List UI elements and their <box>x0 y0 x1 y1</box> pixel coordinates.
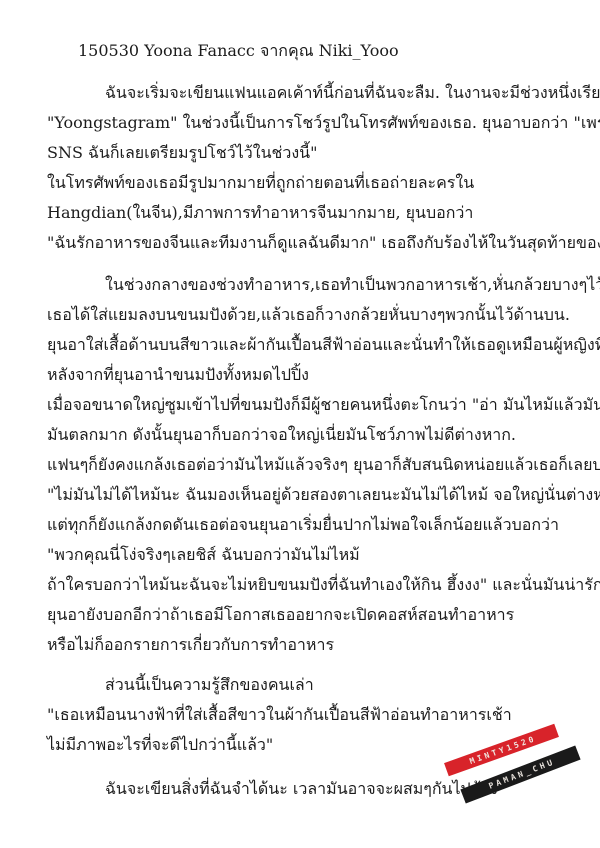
text-line: SNS ฉันก็เลยเตรียมรูปโชว์ไว้ในช่วงนี้" <box>47 138 572 168</box>
text-line: เธอได้ใส่แยมลงบนขนมปังด้วย,แล้วเธอก็วางก… <box>47 300 572 330</box>
text-line: หลังจากที่ยุนอานำขนมปังทั้งหมดไปปิ้ง <box>47 360 572 390</box>
text-line: "ฉันรักอาหารของจีนและทีมงานก็ดูแลฉันดีมา… <box>47 228 572 258</box>
text-line: ในโทรศัพท์ของเธอมีรูปมากมายที่ถูกถ่ายตอน… <box>47 168 572 198</box>
paragraph-1: ฉันจะเริ่มจะเขียนแฟนแอคเค้าท์นี้ก่อนที่ฉ… <box>47 78 572 258</box>
text-line: ฉันจะเขียนสิ่งที่ฉันจำได้นะ เวลามันอาจจะ… <box>47 774 572 804</box>
text-line: แฟนๆก็ยังคงแกล้งเธอต่อว่ามันไหม้แล้วจริง… <box>47 450 572 480</box>
text-line: "พวกคุณนี่โง่จริงๆเลยชิส์ ฉันบอกว่ามันไม… <box>47 540 572 570</box>
text-line: เมื่อจอขนาดใหญ่ซูมเข้าไปที่ขนมปังก็มีผู้… <box>47 390 572 420</box>
text-line: ไม่มีภาพอะไรที่จะดีไปกว่านี้แล้ว" <box>47 730 572 760</box>
text-line: ส่วนนี้เป็นความรู้สึกของคนเล่า <box>47 670 572 700</box>
text-line: ในช่วงกลางของช่วงทำอาหาร,เธอทำเป็นพวกอาห… <box>47 270 572 300</box>
text-line: ฉันจะเริ่มจะเขียนแฟนแอคเค้าท์นี้ก่อนที่ฉ… <box>47 78 572 108</box>
paragraph-2: ในช่วงกลางของช่วงทำอาหาร,เธอทำเป็นพวกอาห… <box>47 270 572 660</box>
text-line: "ไม่มันไม่ได้ไหม้นะ ฉันมองเห็นอยู่ด้วยสอ… <box>47 480 572 510</box>
text-line: "เธอเหมือนนางฟ้าที่ใส่เสื้อสีขาวในผ้ากัน… <box>47 700 572 730</box>
document-page: 150530 Yoona Fanacc จากคุณ Niki_Yooo ฉัน… <box>0 0 600 848</box>
paragraph-4: ฉันจะเขียนสิ่งที่ฉันจำได้นะ เวลามันอาจจะ… <box>47 774 572 804</box>
document-content: 150530 Yoona Fanacc จากคุณ Niki_Yooo ฉัน… <box>0 0 600 804</box>
text-line: หรือไม่ก็ออกรายการเกี่ยวกับการทำอาหาร <box>47 630 572 660</box>
text-line: แต่ทุกก็ยังแกล้งกดดันเธอต่อจนยุนอาเริ่มย… <box>47 510 572 540</box>
text-line: มันตลกมาก ดังนั้นยุนอาก็บอกว่าจอใหญ่เนี่… <box>47 420 572 450</box>
text-line: ถ้าใครบอกว่าไหม้นะฉันจะไม่หยิบขนมปังที่ฉ… <box>47 570 572 600</box>
paragraph-3: ส่วนนี้เป็นความรู้สึกของคนเล่า "เธอเหมือ… <box>47 670 572 760</box>
text-line: Hangdian(ในจีน),มีภาพการทำอาหารจีนมากมาย… <box>47 198 572 228</box>
text-line: ยุนอาใส่เสื้อด้านบนสีขาวและผ้ากันเปื้อนส… <box>47 330 572 360</box>
text-line: ยุนอายังบอกอีกว่าถ้าเธอมีโอกาสเธออยากจะเ… <box>47 600 572 630</box>
doc-title: 150530 Yoona Fanacc จากคุณ Niki_Yooo <box>78 36 572 66</box>
text-line: "Yoongstagram" ในช่วงนี้เป็นการโชว์รูปใน… <box>47 108 572 138</box>
